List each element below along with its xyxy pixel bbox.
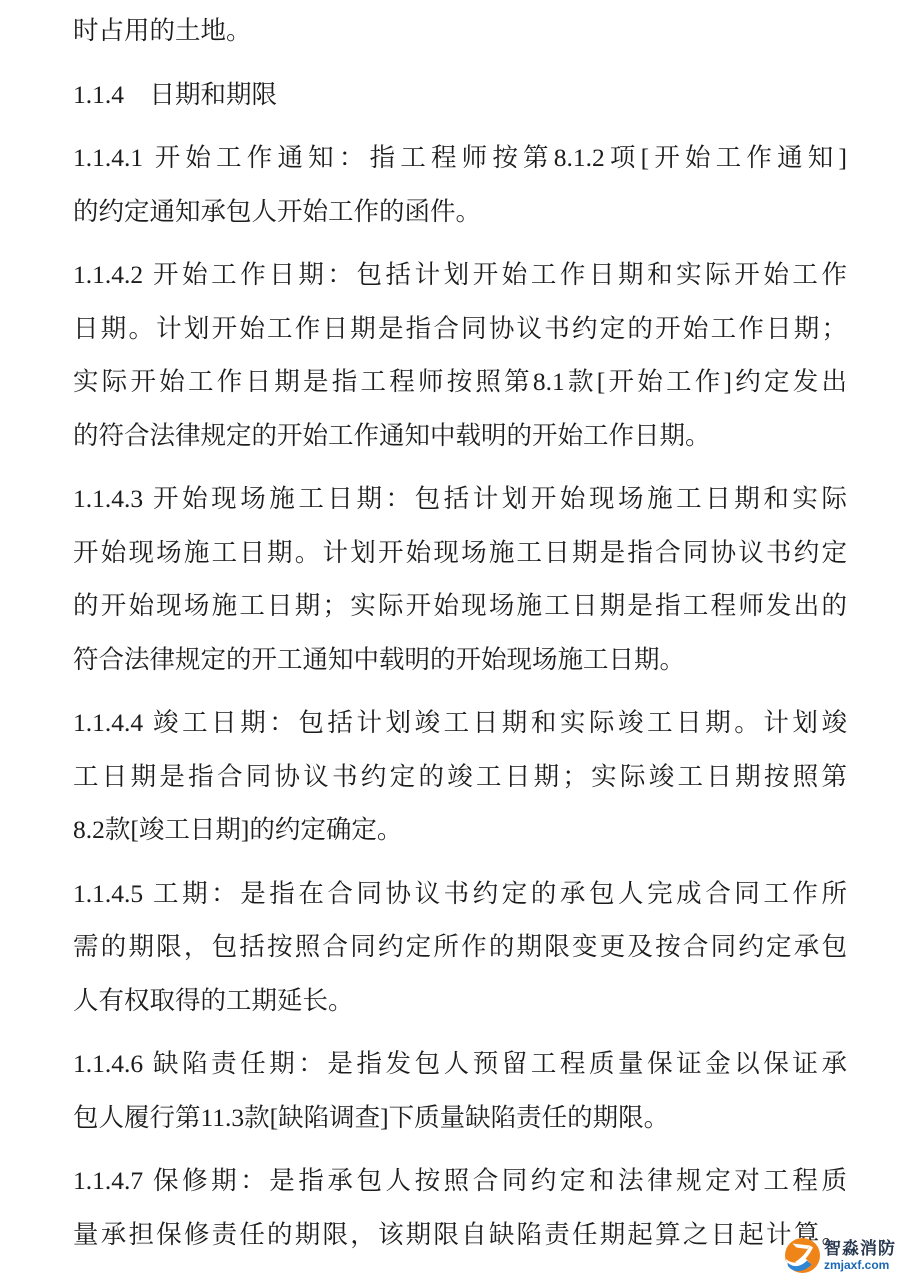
text-line: 实际开始工作日期是指工程师按照第8.1款[开始工作]约定发出 bbox=[73, 355, 847, 409]
paragraph-1-1-4-2: 1.1.4.2 开始工作日期：包括计划开始工作日期和实际开始工作 日期。计划开始… bbox=[73, 248, 847, 462]
text-line: 量承担保修责任的期限，该期限自缺陷责任期起算之日起计算。 bbox=[73, 1208, 847, 1262]
text-line: 1.1.4.5 工期：是指在合同协议书约定的承包人完成合同工作所 bbox=[73, 867, 847, 921]
text-line: 1.1.4.7 保修期：是指承包人按照合同约定和法律规定对工程质 bbox=[73, 1154, 847, 1208]
text-line: 1.1.4.6 缺陷责任期：是指发包人预留工程质量保证金以保证承 bbox=[73, 1037, 847, 1091]
text-line: 包人履行第11.3款[缺陷调查]下质量缺陷责任的期限。 bbox=[73, 1091, 847, 1145]
text-line: 1.1.4.3 开始现场施工日期：包括计划开始现场施工日期和实际 bbox=[73, 472, 847, 526]
paragraph-1-1-4-1: 1.1.4.1 开始工作通知：指工程师按第8.1.2项[开始工作通知] 的约定通… bbox=[73, 131, 847, 238]
paragraph-1-1-4-3: 1.1.4.3 开始现场施工日期：包括计划开始现场施工日期和实际 开始现场施工日… bbox=[73, 472, 847, 686]
paragraph-continuation: 时占用的土地。 bbox=[73, 4, 847, 58]
brand-logo-icon bbox=[784, 1237, 821, 1274]
heading-line: 1.1.4 日期和期限 bbox=[73, 68, 847, 122]
text-line: 的约定通知承包人开始工作的函件。 bbox=[73, 185, 847, 239]
paragraph-1-1-4-6: 1.1.4.6 缺陷责任期：是指发包人预留工程质量保证金以保证承 包人履行第11… bbox=[73, 1037, 847, 1144]
text-line: 时占用的土地。 bbox=[73, 4, 847, 58]
text-line: 的符合法律规定的开始工作通知中载明的开始工作日期。 bbox=[73, 409, 847, 463]
text-line: 需的期限，包括按照合同约定所作的期限变更及按合同约定承包 bbox=[73, 920, 847, 974]
brand-watermark: 智淼消防 zmjaxf.com bbox=[784, 1237, 896, 1274]
text-line: 1.1.4.2 开始工作日期：包括计划开始工作日期和实际开始工作 bbox=[73, 248, 847, 302]
brand-name: 智淼消防 bbox=[824, 1239, 896, 1258]
brand-url: zmjaxf.com bbox=[824, 1258, 896, 1272]
text-line: 工日期是指合同协议书约定的竣工日期；实际竣工日期按照第 bbox=[73, 750, 847, 804]
text-line: 日期。计划开始工作日期是指合同协议书约定的开始工作日期； bbox=[73, 302, 847, 356]
text-line: 符合法律规定的开工通知中载明的开始现场施工日期。 bbox=[73, 633, 847, 687]
text-line: 开始现场施工日期。计划开始现场施工日期是指合同协议书约定 bbox=[73, 526, 847, 580]
text-line: 1.1.4.4 竣工日期：包括计划竣工日期和实际竣工日期。计划竣 bbox=[73, 696, 847, 750]
paragraph-1-1-4-5: 1.1.4.5 工期：是指在合同协议书约定的承包人完成合同工作所 需的期限，包括… bbox=[73, 867, 847, 1028]
text-line: 人有权取得的工期延长。 bbox=[73, 974, 847, 1028]
paragraph-1-1-4-7: 1.1.4.7 保修期：是指承包人按照合同约定和法律规定对工程质 量承担保修责任… bbox=[73, 1154, 847, 1261]
paragraph-1-1-4-4: 1.1.4.4 竣工日期：包括计划竣工日期和实际竣工日期。计划竣 工日期是指合同… bbox=[73, 696, 847, 857]
text-line: 1.1.4.1 开始工作通知：指工程师按第8.1.2项[开始工作通知] bbox=[73, 131, 847, 185]
section-heading-1-1-4: 1.1.4 日期和期限 bbox=[73, 68, 847, 122]
text-line: 8.2款[竣工日期]的约定确定。 bbox=[73, 803, 847, 857]
document-body: 时占用的土地。 1.1.4 日期和期限 1.1.4.1 开始工作通知：指工程师按… bbox=[73, 4, 847, 1271]
text-line: 的开始现场施工日期；实际开始现场施工日期是指工程师发出的 bbox=[73, 579, 847, 633]
